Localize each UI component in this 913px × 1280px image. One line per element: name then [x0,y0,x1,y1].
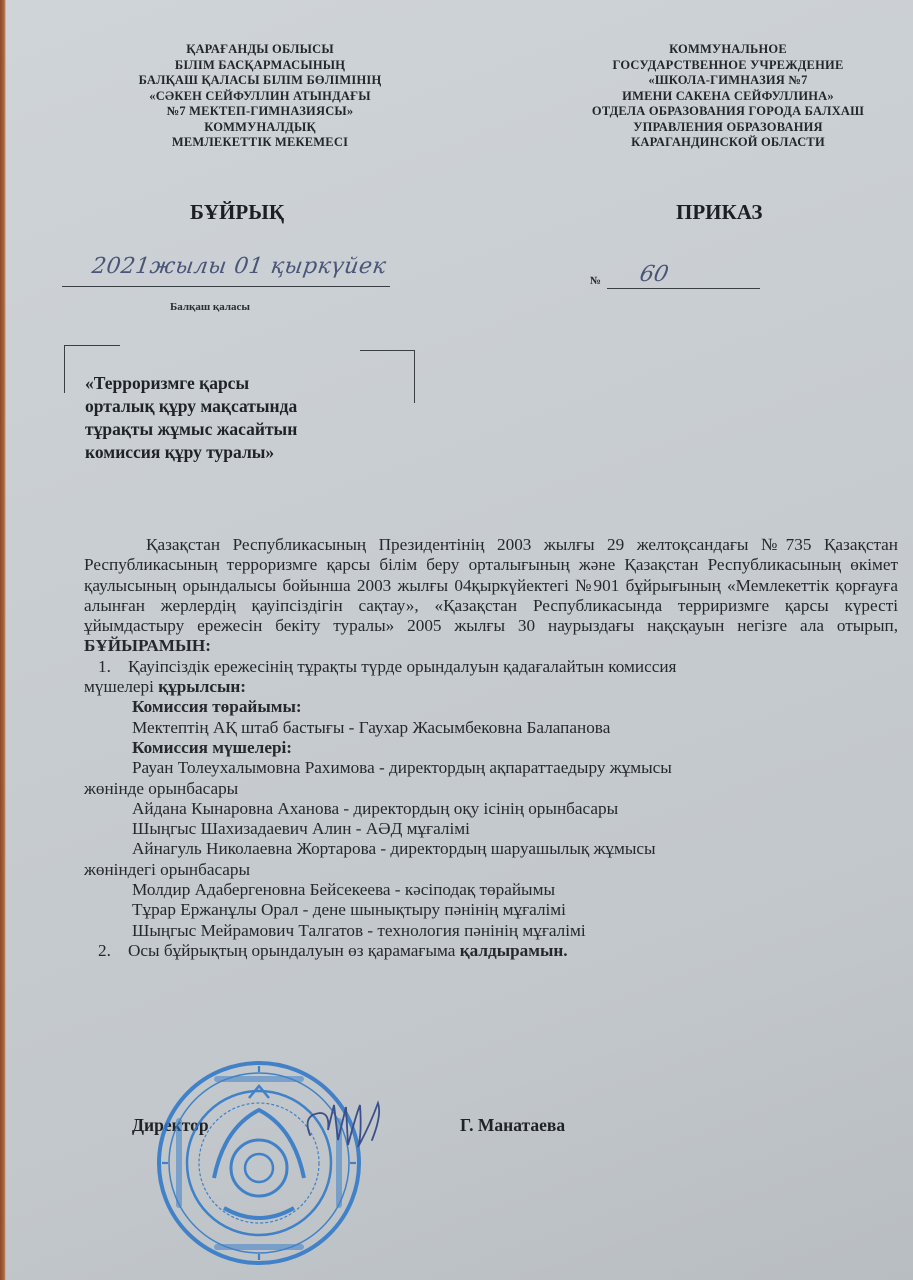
member-entry-cont: жөніндегі орынбасары [84,860,898,880]
item-1-text-bold: құрылсын: [158,677,246,696]
header-line: ИМЕНИ САКЕНА СЕЙФУЛЛИНА» [548,89,908,105]
header-line: ОТДЕЛА ОБРАЗОВАНИЯ ГОРОДА БАЛХАШ [548,104,908,120]
signatory-name: Г. Манатаева [460,1115,565,1136]
number-label: № [590,275,601,287]
order-body: Қазақстан Республикасының Президентінің … [84,535,898,961]
doc-type-russian: ПРИКАЗ [676,200,762,225]
member-entry: Рауан Толеухалымовна Рахимова - директор… [84,758,898,778]
official-seal-icon [154,1058,364,1268]
member-entry: Айнагуль Николаевна Жортарова - директор… [84,839,898,859]
member-entry: Молдир Адабергеновна Бейсекеева - кәсіпо… [84,880,898,900]
member-entry: Тұрар Ержанұлы Орал - дене шынықтыру пән… [84,900,898,920]
header-line: №7 МЕКТЕП-ГИМНАЗИЯСЫ» [110,104,410,120]
header-left-kazakh: ҚАРАҒАНДЫ ОБЛЫСЫ БІЛІМ БАСҚАРМАСЫНЫҢ БАЛ… [110,42,410,151]
order-word: БҰЙЫРАМЫН: [84,636,211,655]
handwritten-number: 60 [637,262,670,287]
member-entry: Шыңгыс Мейрамович Талгатов - технология … [84,921,898,941]
item-1-continuation: мүшелері құрылсын: [84,677,898,697]
subject-line: тұрақты жұмыс жасайтын [85,418,297,441]
item-1: 1.Қауіпсіздік ережесінің тұрақты түрде о… [84,657,898,677]
header-line: МЕМЛЕКЕТТІК МЕКЕМЕСІ [110,135,410,151]
header-line: КАРАГАНДИНСКОЙ ОБЛАСТИ [548,135,908,151]
header-line: ҚАРАҒАНДЫ ОБЛЫСЫ [110,42,410,58]
subject-line: комиссия құру туралы» [85,441,297,464]
item-2-text-bold: қалдырамын. [460,941,568,960]
item-2-text-plain: Осы бұйрықтың орындалуын өз қарамағыма [128,941,460,960]
handwritten-date: 2021жылы 01 қыркүйек [90,254,388,279]
preamble-text: Қазақстан Республикасының Президентінің … [84,535,898,635]
header-line: УПРАВЛЕНИЯ ОБРАЗОВАНИЯ [548,120,908,136]
header-line: «ШКОЛА-ГИМНАЗИЯ №7 [548,73,908,89]
item-2: 2.Осы бұйрықтың орындалуын өз қарамағыма… [84,941,898,961]
member-entry: Айдана Кынаровна Аханова - директордың о… [84,799,898,819]
subject-line: «Терроризмге қарсы [85,372,297,395]
chair-heading-text: Комиссия төрайымы: [132,697,302,716]
subject-line: орталық құру мақсатында [85,395,297,418]
subject-bracket-right [360,350,415,403]
date-underline [62,286,390,287]
city-label: Балқаш қаласы [170,301,250,313]
header-line: КОММУНАЛДЫҚ [110,120,410,136]
header-line: КОММУНАЛЬНОЕ [548,42,908,58]
doc-type-kazakh: БҰЙРЫҚ [190,200,284,225]
item-number: 1. [84,657,128,677]
header-right-russian: КОММУНАЛЬНОЕ ГОСУДАРСТВЕННОЕ УЧРЕЖДЕНИЕ … [548,42,908,151]
header-line: «СӘКЕН СЕЙФУЛЛИН АТЫНДАҒЫ [110,89,410,105]
item-number: 2. [84,941,128,961]
item-1-text-plain: мүшелері [84,677,158,696]
chair-entry: Мектептің АҚ штаб бастығы - Гаухар Жасым… [84,718,898,738]
number-underline [607,288,760,289]
item-1-text: Қауіпсіздік ережесінің тұрақты түрде оры… [128,657,676,676]
header-line: ГОСУДАРСТВЕННОЕ УЧРЕЖДЕНИЕ [548,58,908,74]
preamble: Қазақстан Республикасының Президентінің … [84,535,898,657]
order-subject: «Терроризмге қарсы орталық құру мақсатын… [85,372,297,464]
members-heading: Комиссия мүшелері: [84,738,898,758]
members-heading-text: Комиссия мүшелері: [132,738,292,757]
handwritten-signature-icon [300,1095,390,1155]
header-line: БІЛІМ БАСҚАРМАСЫНЫҢ [110,58,410,74]
member-entry-cont: жөнінде орынбасары [84,779,898,799]
member-entry: Шыңгыс Шахизадаевич Алин - АӘД мұғалімі [84,819,898,839]
header-line: БАЛҚАШ ҚАЛАСЫ БІЛІМ БӨЛІМІНІҢ [110,73,410,89]
chair-heading: Комиссия төрайымы: [84,697,898,717]
